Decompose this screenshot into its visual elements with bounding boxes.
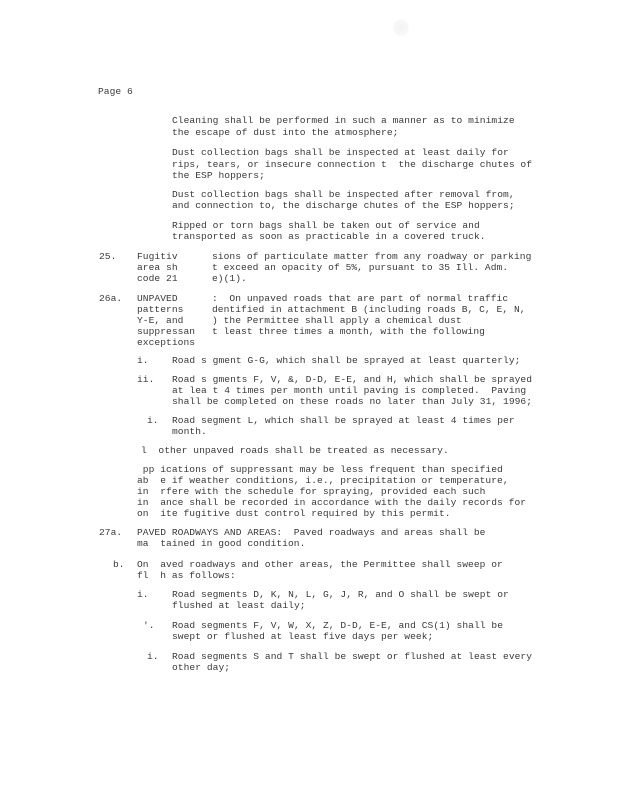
text-line: UNPAVED [137,293,178,304]
text-line: ab e if weather conditions, i.e., precip… [137,475,509,486]
text-line: shall be completed on these roads no lat… [172,396,532,407]
text-line: Road segments F, V, W, X, Z, D-D, E-E, a… [172,620,503,631]
text-line: swept or flushed at least five days per … [172,631,433,642]
text-line: rips, tears, or insecure connection t th… [172,159,532,170]
section-number: 27a. [99,527,122,538]
text-line: Dust collection bags shall be inspected … [172,147,509,158]
list-marker: ii. [137,374,154,385]
text-line: the ESP hoppers; [172,170,265,181]
text-line: PAVED ROADWAYS AND AREAS: Paved roadways… [137,527,485,538]
text-line: l other unpaved roads shall be treated a… [141,445,449,456]
text-line: Road segment L, which shall be sprayed a… [172,415,515,426]
text-line: month. [172,426,207,437]
list-marker: i. [137,589,149,600]
text-line: Road segments D, K, N, L, G, J, R, and O… [172,589,509,600]
text-line: : On unpaved roads that are part of norm… [212,293,508,304]
page-header: Page 6 [98,86,133,97]
text-line: and connection to, the discharge chutes … [172,200,515,211]
text-line: Cleaning shall be performed in such a ma… [172,115,515,126]
text-line: Fugitiv [137,251,178,262]
text-line: Ripped or torn bags shall be taken out o… [172,220,480,231]
text-line: dentified in attachment B (including roa… [212,304,526,315]
text-line: suppressan [137,326,195,337]
text-line: in rfere with the schedule for spraying,… [137,486,485,497]
text-line: other day; [172,662,230,673]
text-line: in ance shall be recorded in accordance … [137,497,526,508]
list-marker: i. [147,651,159,662]
text-line: Y-E, and [137,315,183,326]
scan-artifact [393,19,409,36]
list-marker: i. [137,355,149,366]
text-line: ) the Permittee shall apply a chemical d… [212,315,462,326]
text-line: at lea t 4 times per month until paving … [172,385,526,396]
text-line: patterns [137,304,183,315]
section-number: b. [113,559,125,570]
section-number: 26a. [99,293,122,304]
text-line: area sh [137,262,178,273]
text-line: on ite fugitive dust control required by… [137,508,451,519]
text-line: sions of particulate matter from any roa… [212,251,531,262]
text-line: transported as soon as practicable in a … [172,231,486,242]
text-line: e)(1). [212,273,247,284]
text-line: On aved roadways and other areas, the Pe… [137,559,503,570]
text-line: the escape of dust into the atmosphere; [172,127,398,138]
text-line: t exceed an opacity of 5%, pursuant to 3… [212,262,508,273]
text-line: Road segments S and T shall be swept or … [172,651,532,662]
text-line: ma tained in good condition. [137,538,305,549]
list-marker: i. [147,415,159,426]
text-line: code 21 [137,273,178,284]
text-line: fl h as follows: [137,570,236,581]
text-line: Road s gment G-G, which shall be sprayed… [172,355,520,366]
list-marker: '. [143,620,155,631]
text-line: Dust collection bags shall be inspected … [172,189,515,200]
section-number: 25. [99,251,116,262]
text-line: exceptions [137,337,195,348]
text-line: flushed at least daily; [172,600,306,611]
text-line: pp ications of suppressant may be less f… [137,464,503,475]
text-line: Road s gments F, V, &, D-D, E-E, and H, … [172,374,532,385]
text-line: t least three times a month, with the fo… [212,326,485,337]
